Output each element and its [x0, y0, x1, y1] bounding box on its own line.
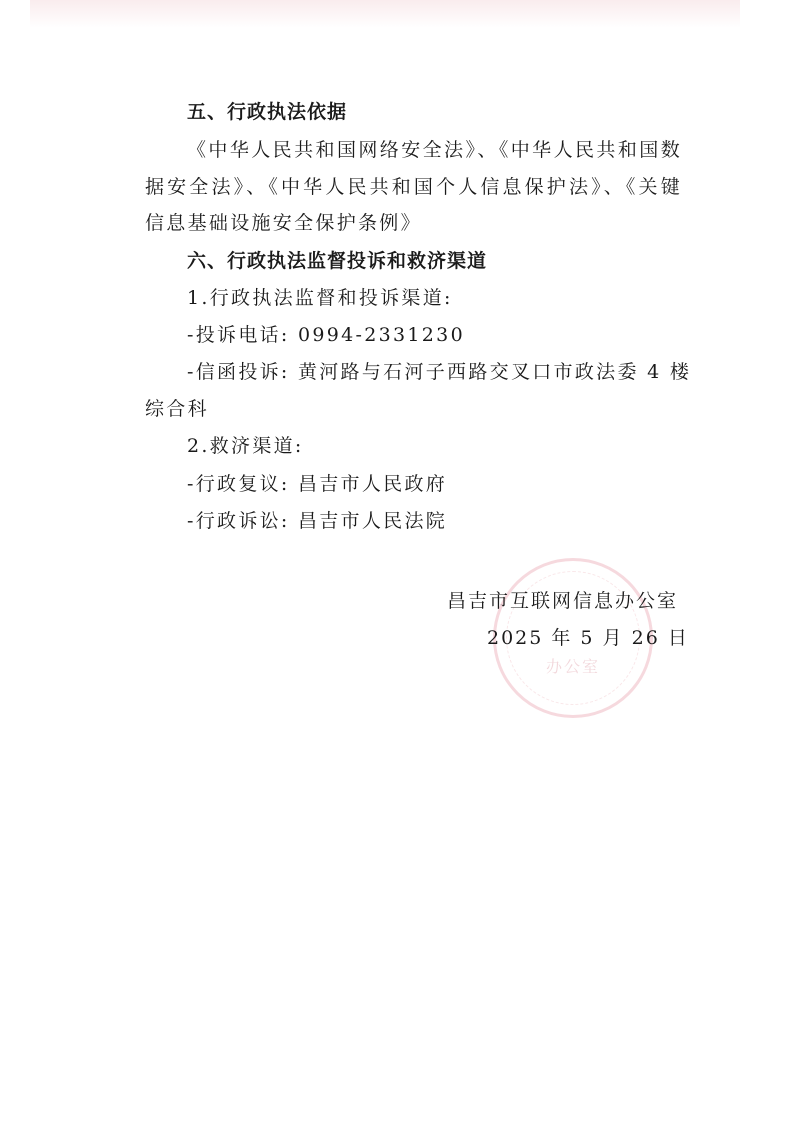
signature-date: 2025 年 5 月 26 日	[487, 626, 689, 650]
stamp-text: 办公室	[496, 654, 650, 677]
complaint-letter-address-cont: 综合科	[145, 397, 209, 421]
administrative-reconsideration: -行政复议: 昌吉市人民政府	[187, 472, 447, 496]
section5-body-line-2: 据安全法》、《中华人民共和国个人信息保护法》、《关键	[145, 175, 682, 199]
scan-edge-tint	[30, 0, 740, 28]
section5-heading: 五、行政执法依据	[187, 100, 347, 124]
complaint-phone: -投诉电话: 0994-2331230	[187, 323, 465, 347]
signature-organization: 昌吉市互联网信息办公室	[447, 589, 678, 613]
section6-sub1-title: 1.行政执法监督和投诉渠道:	[187, 286, 453, 310]
section6-heading: 六、行政执法监督投诉和救济渠道	[187, 249, 487, 273]
section6-sub2-title: 2.救济渠道:	[187, 434, 304, 458]
administrative-litigation: -行政诉讼: 昌吉市人民法院	[187, 509, 447, 533]
complaint-letter-address: -信函投诉: 黄河路与石河子西路交叉口市政法委 4 楼	[187, 360, 682, 384]
section5-body-line-3: 信息基础设施安全保护条例》	[145, 211, 422, 235]
section5-body-line-1: 《中华人民共和国网络安全法》、《中华人民共和国数	[187, 138, 682, 162]
